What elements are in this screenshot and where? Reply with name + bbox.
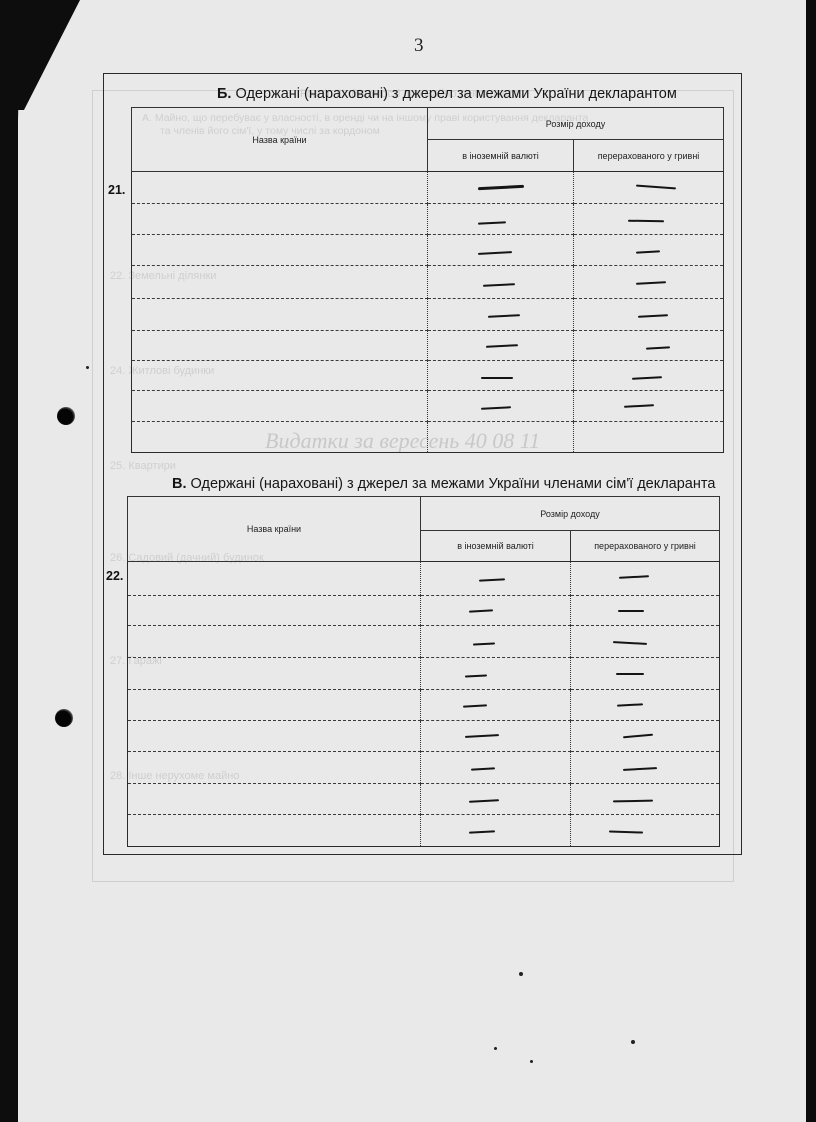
converted-uah-cell[interactable]: [574, 422, 724, 453]
table-row: [128, 721, 720, 752]
handwritten-dash: [613, 641, 647, 645]
table-row: [132, 204, 724, 235]
country-cell[interactable]: [128, 690, 421, 721]
foreign-currency-cell[interactable]: [421, 752, 571, 784]
handwritten-dash: [638, 314, 668, 318]
converted-uah-cell[interactable]: [571, 658, 720, 690]
converted-uah-cell[interactable]: [571, 721, 720, 752]
foreign-currency-cell[interactable]: [421, 784, 571, 815]
section-b-table: Назва країни Розмір доходу в іноземній в…: [131, 107, 724, 453]
handwritten-dash: [613, 800, 653, 803]
table-row: [128, 784, 720, 815]
converted-uah-cell[interactable]: [571, 596, 720, 626]
section-b-title: Б. Одержані (нараховані) з джерел за меж…: [217, 86, 677, 102]
table-row: [132, 299, 724, 331]
table-row: [132, 391, 724, 422]
handwritten-dash: [469, 799, 499, 803]
foreign-currency-cell[interactable]: [421, 690, 571, 721]
foreign-currency-cell[interactable]: [428, 361, 574, 391]
handwritten-dash: [481, 377, 513, 379]
punch-hole: [57, 407, 75, 425]
table-row: [132, 235, 724, 266]
handwritten-dash: [469, 609, 493, 612]
converted-uah-cell[interactable]: [571, 784, 720, 815]
handwritten-dash: [628, 220, 664, 223]
country-cell[interactable]: [132, 172, 428, 204]
column-header-foreign-currency: в іноземній валюті: [428, 140, 574, 172]
foreign-currency-cell[interactable]: [421, 562, 571, 596]
section-v-title: В. Одержані (нараховані) з джерел за меж…: [172, 476, 715, 492]
section-v-title-text: Одержані (нараховані) з джерел за межами…: [187, 476, 716, 492]
foreign-currency-cell[interactable]: [421, 721, 571, 752]
section-v-letter: В.: [172, 476, 187, 492]
column-header-converted-uah: перерахованого у гривні: [571, 531, 720, 562]
foreign-currency-cell[interactable]: [428, 172, 574, 204]
handwritten-dash: [609, 830, 643, 833]
section-v-table: Назва країни Розмір доходу в іноземній в…: [127, 496, 720, 847]
table-row: [128, 752, 720, 784]
converted-uah-cell[interactable]: [574, 331, 724, 361]
foreign-currency-cell[interactable]: [428, 266, 574, 299]
handwritten-dash: [481, 406, 511, 410]
converted-uah-cell[interactable]: [574, 391, 724, 422]
handwritten-dash: [469, 830, 495, 833]
country-cell[interactable]: [128, 815, 421, 847]
foreign-currency-cell[interactable]: [421, 596, 571, 626]
table-row: [128, 562, 720, 596]
table-row: [128, 658, 720, 690]
handwritten-dash: [471, 767, 495, 770]
handwritten-dash: [465, 674, 487, 677]
foreign-currency-cell[interactable]: [428, 235, 574, 266]
country-cell[interactable]: [128, 721, 421, 752]
column-header-country: Назва країни: [132, 108, 428, 172]
table-row: [132, 422, 724, 453]
country-cell[interactable]: [132, 361, 428, 391]
handwritten-dash: [479, 578, 505, 581]
country-cell[interactable]: [132, 422, 428, 453]
section-b-row-number: 21.: [108, 183, 125, 197]
converted-uah-cell[interactable]: [574, 266, 724, 299]
table-row: [132, 361, 724, 391]
handwritten-dash: [636, 250, 660, 253]
punch-hole: [55, 709, 73, 727]
column-header-converted-uah: перерахованого у гривні: [574, 140, 724, 172]
scan-speck: [631, 1040, 635, 1044]
converted-uah-cell[interactable]: [574, 204, 724, 235]
converted-uah-cell[interactable]: [574, 361, 724, 391]
table-row: [128, 596, 720, 626]
converted-uah-cell[interactable]: [571, 815, 720, 847]
foreign-currency-cell[interactable]: [428, 331, 574, 361]
converted-uah-cell[interactable]: [574, 235, 724, 266]
foreign-currency-cell[interactable]: [421, 658, 571, 690]
table-row: [128, 815, 720, 847]
handwritten-dash: [618, 610, 644, 612]
foreign-currency-cell[interactable]: [428, 204, 574, 235]
foreign-currency-cell[interactable]: [428, 422, 574, 453]
section-b-title-text: Одержані (нараховані) з джерел за межами…: [231, 86, 676, 102]
scan-speck: [519, 972, 523, 976]
scan-speck: [494, 1047, 497, 1050]
column-header-income-size: Розмір доходу: [421, 497, 720, 531]
handwritten-dash: [616, 673, 644, 675]
handwritten-dash: [624, 404, 654, 408]
country-cell[interactable]: [128, 626, 421, 658]
handwritten-dash: [478, 221, 506, 224]
handwritten-dash: [617, 703, 643, 706]
handwritten-dash: [463, 704, 487, 707]
country-cell[interactable]: [128, 784, 421, 815]
handwritten-dash: [478, 251, 512, 255]
table-row: [132, 331, 724, 361]
table-row: [132, 172, 724, 204]
column-header-foreign-currency: в іноземній валюті: [421, 531, 571, 562]
country-cell[interactable]: [128, 596, 421, 626]
country-cell[interactable]: [132, 299, 428, 331]
foreign-currency-cell[interactable]: [421, 626, 571, 658]
column-header-income-size: Розмір доходу: [428, 108, 724, 140]
handwritten-dash: [632, 376, 662, 380]
country-cell[interactable]: [128, 752, 421, 784]
table-row: [128, 626, 720, 658]
converted-uah-cell[interactable]: [571, 562, 720, 596]
section-b-letter: Б.: [217, 86, 231, 102]
table-row: [128, 690, 720, 721]
handwritten-dash: [646, 346, 670, 349]
handwritten-dash: [636, 281, 666, 285]
foreign-currency-cell[interactable]: [428, 299, 574, 331]
table-row: [132, 266, 724, 299]
converted-uah-cell[interactable]: [574, 172, 724, 204]
handwritten-dash: [619, 575, 649, 579]
handwritten-dash: [465, 734, 499, 738]
column-header-country: Назва країни: [128, 497, 421, 562]
country-cell[interactable]: [132, 331, 428, 361]
page-number: 3: [414, 35, 424, 57]
country-cell[interactable]: [132, 391, 428, 422]
handwritten-dash: [483, 283, 515, 287]
handwritten-dash: [486, 344, 518, 348]
country-cell[interactable]: [128, 562, 421, 596]
handwritten-dash: [636, 185, 676, 190]
foreign-currency-cell[interactable]: [421, 815, 571, 847]
handwritten-dash: [478, 185, 524, 190]
converted-uah-cell[interactable]: [571, 690, 720, 721]
converted-uah-cell[interactable]: [571, 752, 720, 784]
handwritten-dash: [623, 734, 653, 739]
scan-speck: [530, 1060, 533, 1063]
handwritten-dash: [473, 642, 495, 645]
handwritten-dash: [623, 767, 657, 771]
scan-speck: [86, 366, 89, 369]
country-cell[interactable]: [128, 658, 421, 690]
foreign-currency-cell[interactable]: [428, 391, 574, 422]
country-cell[interactable]: [132, 266, 428, 299]
converted-uah-cell[interactable]: [571, 626, 720, 658]
country-cell[interactable]: [132, 204, 428, 235]
country-cell[interactable]: [132, 235, 428, 266]
section-v-row-number: 22.: [106, 569, 123, 583]
converted-uah-cell[interactable]: [574, 299, 724, 331]
handwritten-dash: [488, 314, 520, 318]
